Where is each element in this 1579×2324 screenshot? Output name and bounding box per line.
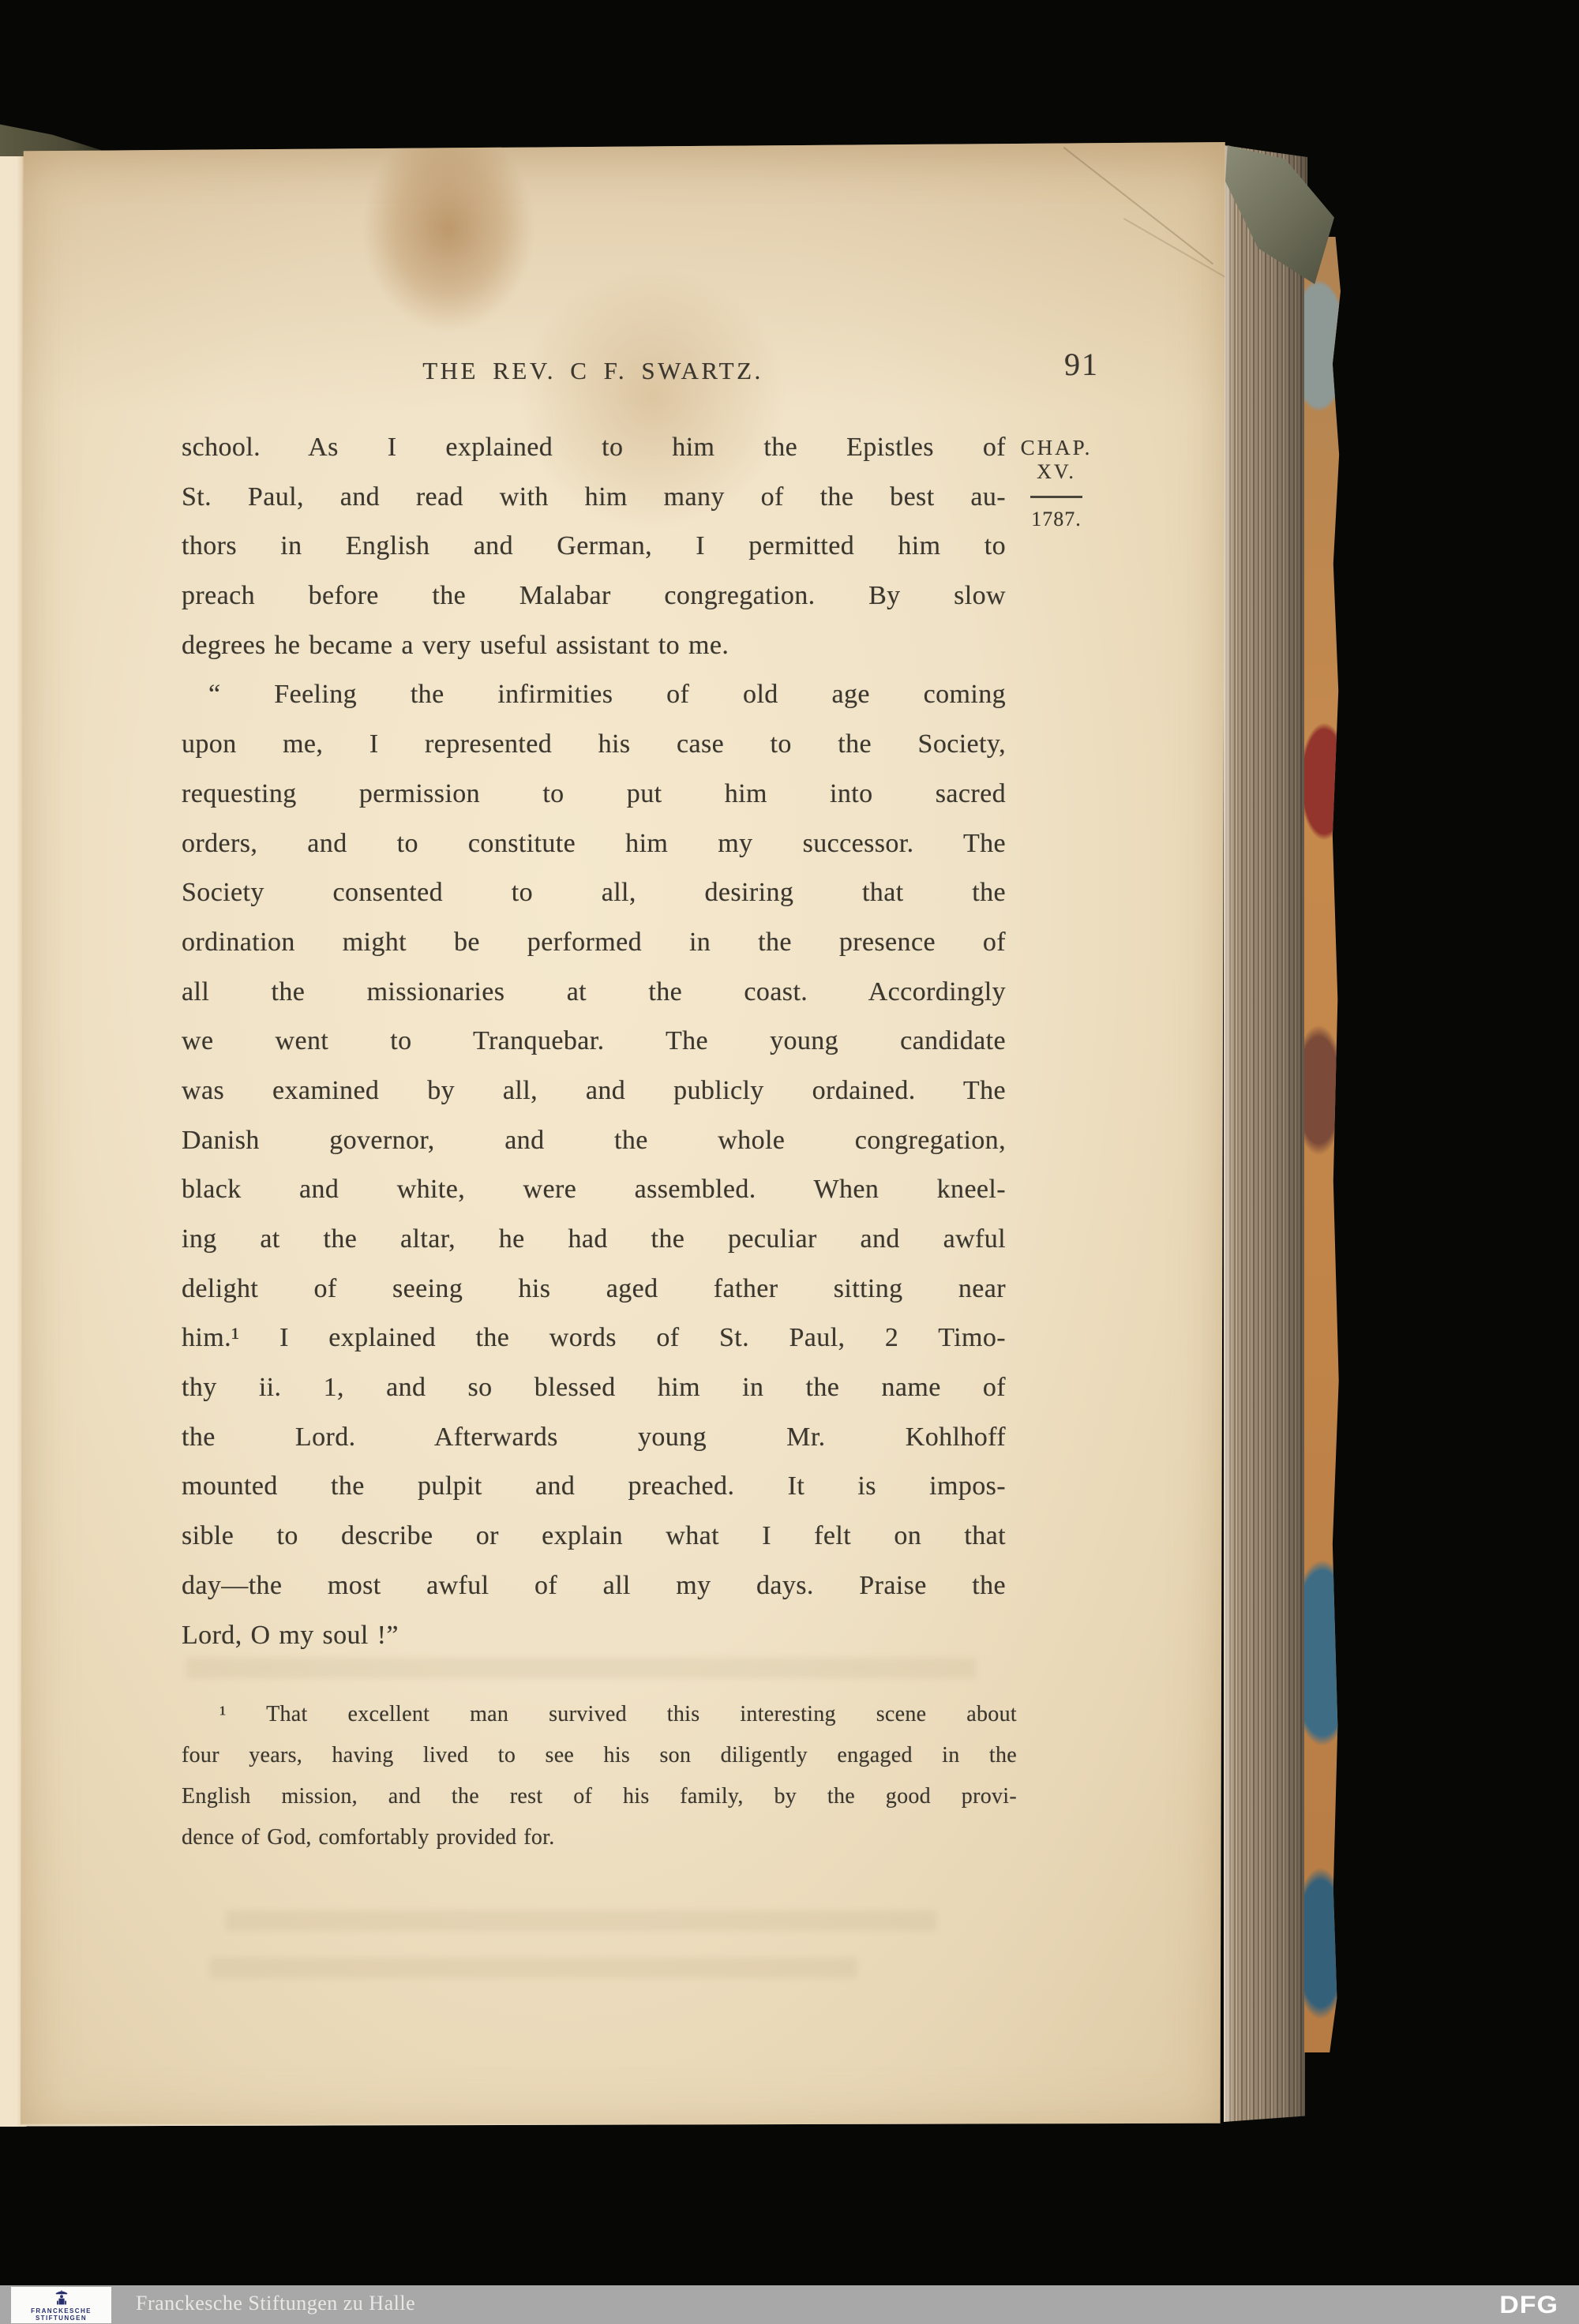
franckesche-logo: FRANCKESCHE STIFTUNGEN bbox=[11, 2287, 111, 2323]
text-line: day—the most awful of all my days. Prais… bbox=[182, 1561, 1006, 1611]
text-line: Lord, O my soul !” bbox=[182, 1611, 1006, 1661]
page-block-fore-edge bbox=[1224, 145, 1307, 2122]
text-line: ordination might be performed in the pre… bbox=[182, 918, 1006, 968]
running-head: THE REV. C F. SWARTZ. bbox=[182, 357, 1004, 385]
franckesche-emblem-icon bbox=[51, 2288, 72, 2307]
text-line: requesting permission to put him into sa… bbox=[182, 770, 1006, 819]
text-line: Society consented to all, desiring that … bbox=[182, 868, 1006, 918]
ink-showthrough bbox=[210, 1958, 857, 1978]
text-line: him.¹ I explained the words of St. Paul,… bbox=[182, 1314, 1006, 1363]
text-line: black and white, were assembled. When kn… bbox=[182, 1165, 1006, 1215]
franckesche-logo-line1: FRANCKESCHE bbox=[31, 2307, 92, 2315]
text-line: school. As I explained to him the Epistl… bbox=[182, 423, 1006, 473]
text-line: English mission, and the rest of his fam… bbox=[182, 1776, 1017, 1817]
institution-name: Franckesche Stiftungen zu Halle bbox=[136, 2292, 415, 2315]
text-line: was examined by all, and publicly ordain… bbox=[182, 1066, 1006, 1116]
text-line: thy ii. 1, and so blessed him in the nam… bbox=[182, 1363, 1006, 1413]
page-bottom-edge bbox=[21, 2123, 1227, 2128]
margin-note: CHAP. XV. 1787. bbox=[1009, 436, 1104, 531]
marbled-board-edge bbox=[1304, 237, 1341, 2052]
margin-note-rule bbox=[1030, 496, 1082, 498]
text-line: orders, and to constitute him my success… bbox=[182, 819, 1006, 869]
text-line: mounted the pulpit and preached. It is i… bbox=[182, 1462, 1006, 1512]
text-line: “ Feeling the infirmities of old age com… bbox=[182, 670, 1006, 720]
margin-note-year: 1787. bbox=[1009, 508, 1104, 531]
body-text: school. As I explained to him the Epistl… bbox=[182, 423, 1006, 1660]
ink-showthrough bbox=[186, 1658, 976, 1678]
text-line: dence of God, comfortably provided for. bbox=[182, 1817, 1017, 1858]
text-line: preach before the Malabar congregation. … bbox=[182, 572, 1006, 621]
text-line: St. Paul, and read with him many of the … bbox=[182, 473, 1006, 523]
text-line: all the missionaries at the coast. Accor… bbox=[182, 968, 1006, 1018]
text-line: sible to describe or explain what I felt… bbox=[182, 1512, 1006, 1561]
text-line: thors in English and German, I permitted… bbox=[182, 522, 1006, 572]
scan-footer-bar: FRANCKESCHE STIFTUNGEN Franckesche Stift… bbox=[0, 2285, 1579, 2324]
text-line: Danish governor, and the whole congregat… bbox=[182, 1116, 1006, 1166]
text-line: degrees he became a very useful assistan… bbox=[182, 621, 1006, 671]
footnote-text: ¹ That excellent man survived this inter… bbox=[182, 1694, 1017, 1858]
text-line: upon me, I represented his case to the S… bbox=[182, 720, 1006, 770]
text-line: the Lord. Afterwards young Mr. Kohlhoff bbox=[182, 1413, 1006, 1463]
text-line: ¹ That excellent man survived this inter… bbox=[182, 1694, 1017, 1735]
ink-showthrough bbox=[226, 1910, 936, 1931]
franckesche-logo-line2: STIFTUNGEN bbox=[36, 2315, 87, 2322]
text-line: four years, having lived to see his son … bbox=[182, 1735, 1017, 1776]
margin-note-chapter: CHAP. bbox=[1009, 436, 1104, 459]
text-line: we went to Tranquebar. The young candida… bbox=[182, 1017, 1006, 1066]
book-page: THE REV. C F. SWARTZ. 91 CHAP. XV. 1787.… bbox=[21, 142, 1227, 2128]
page-number: 91 bbox=[1064, 346, 1143, 383]
dfg-logo: DFG bbox=[1499, 2292, 1558, 2320]
margin-note-numeral: XV. bbox=[1009, 459, 1104, 485]
text-line: delight of seeing his aged father sittin… bbox=[182, 1265, 1006, 1314]
text-line: ing at the altar, he had the peculiar an… bbox=[182, 1215, 1006, 1265]
book-scan-scene: THE REV. C F. SWARTZ. 91 CHAP. XV. 1787.… bbox=[0, 0, 1579, 2324]
